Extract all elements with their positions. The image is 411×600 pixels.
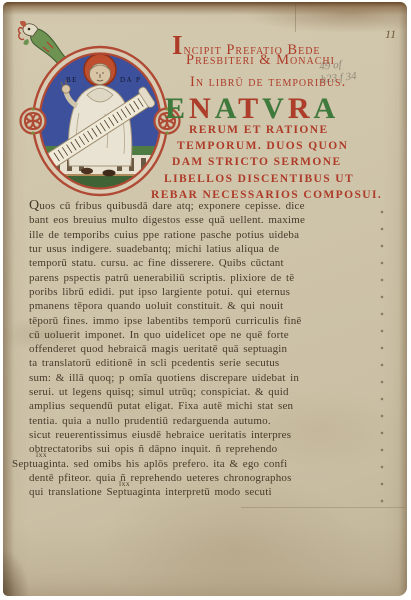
text-line: sicut reuerentissimus eiusdē hebraice ue…	[29, 428, 381, 442]
knot-medallion-left	[21, 107, 46, 134]
text-line: ille de temporibs cuius ppe ratione pasc…	[29, 228, 381, 242]
rubric-line: LIBELLOS DISCENTIBUS UT	[151, 173, 382, 189]
text-line: Septuaginta. sed omibs his aplōs prefero…	[12, 457, 381, 471]
page-top-edge	[3, 2, 407, 15]
rubric-line: DAM STRICTO SERMONE	[151, 156, 382, 172]
text-line: parens pspectis patrū uenerabiliū script…	[29, 271, 381, 285]
display-heading: ENATVRA	[165, 92, 339, 126]
text-line: dentē pfiteor. quia ñ reprehendo ueteres…	[29, 471, 381, 485]
text-line: amplius sequendū putat eligat. Fixa autē…	[29, 399, 381, 413]
heading-letter: E	[165, 92, 189, 125]
folio-number: 11	[385, 27, 396, 42]
text-line: tentia. quia a nullo prudentiū redarguen…	[29, 414, 381, 428]
text-line: poribs librū edidi. put ipso largiente p…	[29, 285, 381, 299]
incipit-line: Incipit Prefatio Bede	[172, 30, 346, 52]
main-text-block: Quos cū fribus quibusdā dare atq; expone…	[29, 199, 381, 500]
corner-stain	[3, 550, 29, 596]
interlinear-gloss: lxx	[119, 479, 130, 488]
text-line: temporū statu. cursu. ac fine disserere.…	[29, 256, 381, 270]
initial-inscription-left: BE	[66, 76, 78, 84]
heading-letter: A	[314, 92, 340, 125]
text-line: sum: & illā quoq; p omīa quotiens discre…	[29, 371, 381, 385]
text-line: cū uoluerit imponet. In quo uidelicet op…	[29, 328, 381, 342]
text-line: tēporū fines. immo ipse labentibs tempor…	[29, 314, 381, 328]
heading-letter: V	[262, 92, 288, 125]
pencil-annotation: 49 of h23 f 34	[319, 57, 358, 87]
heading-letter: N	[189, 92, 215, 125]
heading-letter: A	[215, 92, 238, 125]
pencil-note-line: h23 f 34	[320, 70, 357, 87]
manuscript-photo: BE DA P Incipit Prefatio Bede Presbiteri…	[0, 0, 411, 600]
rubric-line: RERUM ET RATIONE	[151, 124, 382, 140]
initial-inscription-right: DA P	[120, 76, 141, 84]
text-line: offenderet quod hebraicā magis ueritatē …	[29, 342, 381, 356]
rubric-line: TEMPORUM. DUOS QUON	[151, 140, 382, 156]
interlinear-gloss: lxx	[36, 450, 47, 459]
text-line: tur usus indigere. suadebantq; michi lat…	[29, 242, 381, 256]
text-line: serui. ut legens quisq; simul utrūq; con…	[29, 385, 381, 399]
parchment-crease	[295, 2, 296, 32]
heading-letter: R	[288, 92, 314, 125]
text-line: ta translatorū editionē in scli pcedenti…	[29, 356, 381, 370]
manuscript-page: BE DA P Incipit Prefatio Bede Presbiteri…	[3, 2, 407, 596]
text-line: bant eos breuius multo digestos esse quā…	[29, 213, 381, 227]
text-line: obtrectatoribs sui opis ñ dāpno inquit. …	[29, 442, 381, 456]
page-left-edge	[3, 2, 14, 596]
text-line: qui translatione Septuaginta interpretū …	[29, 485, 381, 499]
rubric-capitals: RERUM ET RATIONETEMPORUM. DUOS QUONDAM S…	[151, 124, 382, 205]
heading-letter: T	[238, 92, 262, 125]
text-line: pmanens tēpora quando uoluit constituit.…	[29, 299, 381, 313]
text-line: Quos cū fribus quibusdā dare atq; expone…	[29, 199, 381, 213]
ruling-line	[241, 507, 405, 508]
